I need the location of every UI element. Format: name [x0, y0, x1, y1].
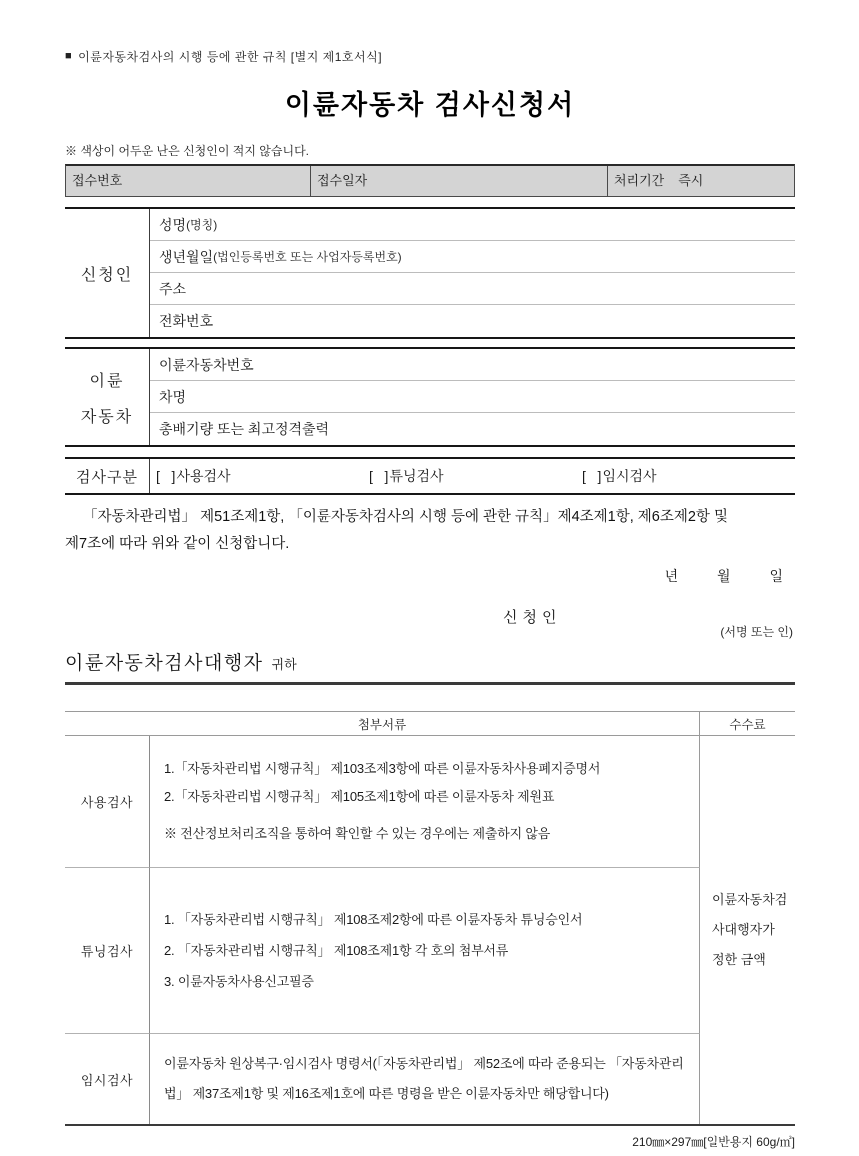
motorcycle-displacement-label: 총배기량 또는 최고정격출력 — [159, 419, 329, 439]
motorcycle-number-label: 이륜자동차번호 — [159, 355, 254, 375]
temporary-inspection-row-label: 임시검사 — [65, 1034, 150, 1124]
applicant-birthdate-row: 생년월일(법인등록번호 또는 사업자등록번호) — [150, 241, 795, 273]
tuning-inspection-row-label: 튜닝검사 — [65, 868, 150, 1034]
tuning-inspection-option: [ ] 튜닝검사 — [369, 466, 582, 486]
inspection-type-table: 검사구분 [ ] 사용검사 [ ] 튜닝검사 [ ] 임시검사 — [65, 457, 795, 495]
document-note: ※ 전산정보처리조직을 통하여 확인할 수 있는 경우에는 제출하지 않음 — [164, 820, 685, 848]
usage-inspection-label: 사용검사 — [176, 466, 230, 486]
usage-inspection-option: [ ] 사용검사 — [156, 466, 369, 486]
motorcycle-section-label-line2: 자동차 — [81, 404, 133, 427]
addressee-line: 이륜자동차검사대행자 귀하 — [65, 648, 795, 675]
temporary-inspection-documents: 이륜자동차 원상복구·임시검사 명령서(「자동차관리법」 제52조에 따라 준용… — [150, 1034, 700, 1124]
fee-line: 정한 금액 — [712, 945, 795, 975]
tuning-inspection-checkbox[interactable]: [ ] — [369, 468, 388, 484]
inspection-type-section-label-text: 검사구분 — [76, 466, 138, 487]
processing-period-cell: 처리기간즉시 — [608, 166, 796, 196]
phone-field-label: 전화번호 — [159, 311, 213, 331]
motorcycle-section-label-line1: 이륜 — [90, 368, 125, 391]
applicant-table: 신청인 성명(명칭) 생년월일(법인등록번호 또는 사업자등록번호) 주소 전화… — [65, 207, 795, 339]
usage-inspection-checkbox[interactable]: [ ] — [156, 468, 175, 484]
document-line: 2. 「자동차관리법 시행규칙」 제108조제1항 각 호의 첨부서류 — [164, 935, 685, 966]
name-field-sublabel: (명칭) — [186, 216, 217, 233]
motorcycle-number-row: 이륜자동차번호 — [150, 349, 795, 381]
declaration-line2: 제7조에 따라 위와 같이 신청합니다. — [65, 531, 795, 558]
document-line: 1.「자동차관리법 시행규칙」 제103조제3항에 따른 이륜자동차사용폐지증명… — [164, 755, 685, 783]
divider-rule — [65, 682, 795, 685]
black-square-icon: ■ — [65, 51, 72, 62]
name-field-label: 성명 — [159, 215, 186, 235]
processing-period-label: 처리기간 — [614, 173, 664, 188]
applicant-phone-row: 전화번호 — [150, 305, 795, 337]
temporary-inspection-label: 임시검사 — [602, 466, 656, 486]
temporary-inspection-option: [ ] 임시검사 — [582, 466, 795, 486]
paper-spec-footer: 210㎜×297㎜[일반용지 60g/㎡] — [65, 1133, 795, 1150]
declaration-line1: 「자동차관리법」 제51조제1항, 「이륜자동차검사의 시행 등에 관한 규칙」… — [65, 504, 795, 531]
document-line: 3. 이륜자동차사용신고필증 — [164, 966, 685, 997]
applicant-section-label: 신청인 — [65, 209, 150, 337]
birthdate-field-label: 생년월일 — [159, 247, 213, 267]
attachments-header-fee: 수수료 — [700, 712, 795, 736]
inspection-type-section-label: 검사구분 — [65, 459, 150, 493]
applicant-section-label-text: 신청인 — [81, 262, 133, 285]
birthdate-value-cell[interactable] — [402, 241, 795, 272]
motorcycle-model-label: 차명 — [159, 387, 186, 407]
receipt-date-label: 접수일자 — [317, 173, 367, 188]
phone-value-cell[interactable] — [213, 305, 795, 337]
motorcycle-model-row: 차명 — [150, 381, 795, 413]
declaration-paragraph: 「자동차관리법」 제51조제1항, 「이륜자동차검사의 시행 등에 관한 규칙」… — [65, 504, 795, 558]
usage-inspection-documents: 1.「자동차관리법 시행규칙」 제103조제3항에 따른 이륜자동차사용폐지증명… — [150, 736, 700, 868]
motorcycle-displacement-row: 총배기량 또는 최고정격출력 — [150, 413, 795, 445]
fee-line: 이륜자동차검 — [712, 885, 795, 915]
receipt-row: 접수번호 접수일자 처리기간즉시 — [65, 164, 795, 197]
attachments-table: 첨부서류 수수료 사용검사 1.「자동차관리법 시행규칙」 제103조제3항에 … — [65, 711, 795, 1126]
fee-line: 사대행자가 — [712, 915, 795, 945]
tuning-inspection-label: 튜닝검사 — [389, 466, 443, 486]
applicant-name-row: 성명(명칭) — [150, 209, 795, 241]
receipt-number-label: 접수번호 — [72, 173, 122, 188]
signer-label: 신청인 — [503, 606, 561, 627]
form-title: 이륜자동차 검사신청서 — [65, 83, 795, 122]
processing-period-value: 즉시 — [678, 173, 703, 188]
motorcycle-number-value-cell[interactable] — [254, 349, 795, 380]
document-line: 1. 「자동차관리법 시행규칙」 제108조제2항에 따른 이륜자동차 튜닝승인… — [164, 904, 685, 935]
applicant-address-row: 주소 — [150, 273, 795, 305]
regulation-note: ■ 이륜자동차검사의 시행 등에 관한 규칙 [별지 제1호서식] — [65, 0, 795, 65]
signature-note: (서명 또는 인) — [720, 623, 793, 640]
shading-note: ※ 색상이 어두운 난은 신청인이 적지 않습니다. — [65, 142, 795, 159]
motorcycle-displacement-value-cell[interactable] — [329, 413, 795, 445]
address-field-label: 주소 — [159, 279, 186, 299]
usage-inspection-row-label: 사용검사 — [65, 736, 150, 868]
attachments-header-docs: 첨부서류 — [65, 712, 700, 736]
motorcycle-model-value-cell[interactable] — [186, 381, 795, 412]
addressee-name: 이륜자동차검사대행자 — [65, 648, 264, 675]
receipt-number-cell: 접수번호 — [66, 166, 311, 196]
birthdate-field-sublabel: (법인등록번호 또는 사업자등록번호) — [213, 248, 402, 265]
tuning-inspection-documents: 1. 「자동차관리법 시행규칙」 제108조제2항에 따른 이륜자동차 튜닝승인… — [150, 868, 700, 1034]
fee-cell: 이륜자동차검 사대행자가 정한 금액 — [700, 736, 795, 1124]
date-line: 년 월 일 — [65, 566, 795, 586]
motorcycle-table: 이륜 자동차 이륜자동차번호 차명 총배기량 또는 최고정격출력 — [65, 347, 795, 447]
signer-block: 신청인 (서명 또는 인) — [65, 586, 795, 644]
receipt-date-cell: 접수일자 — [311, 166, 608, 196]
address-value-cell[interactable] — [186, 273, 795, 304]
document-line: 2.「자동차관리법 시행규칙」 제105조제1항에 따른 이륜자동차 제원표 — [164, 783, 685, 811]
regulation-note-text: 이륜자동차검사의 시행 등에 관한 규칙 [별지 제1호서식] — [78, 48, 382, 65]
addressee-honorific: 귀하 — [272, 654, 297, 673]
motorcycle-section-label: 이륜 자동차 — [65, 349, 150, 445]
form-page: ■ 이륜자동차검사의 시행 등에 관한 규칙 [별지 제1호서식] 이륜자동차 … — [65, 0, 795, 1150]
temporary-inspection-checkbox[interactable]: [ ] — [582, 468, 601, 484]
document-line: 이륜자동차 원상복구·임시검사 명령서(「자동차관리법」 제52조에 따라 준용… — [164, 1049, 685, 1109]
name-value-cell[interactable] — [217, 209, 795, 240]
inspection-type-options: [ ] 사용검사 [ ] 튜닝검사 [ ] 임시검사 — [150, 459, 795, 493]
